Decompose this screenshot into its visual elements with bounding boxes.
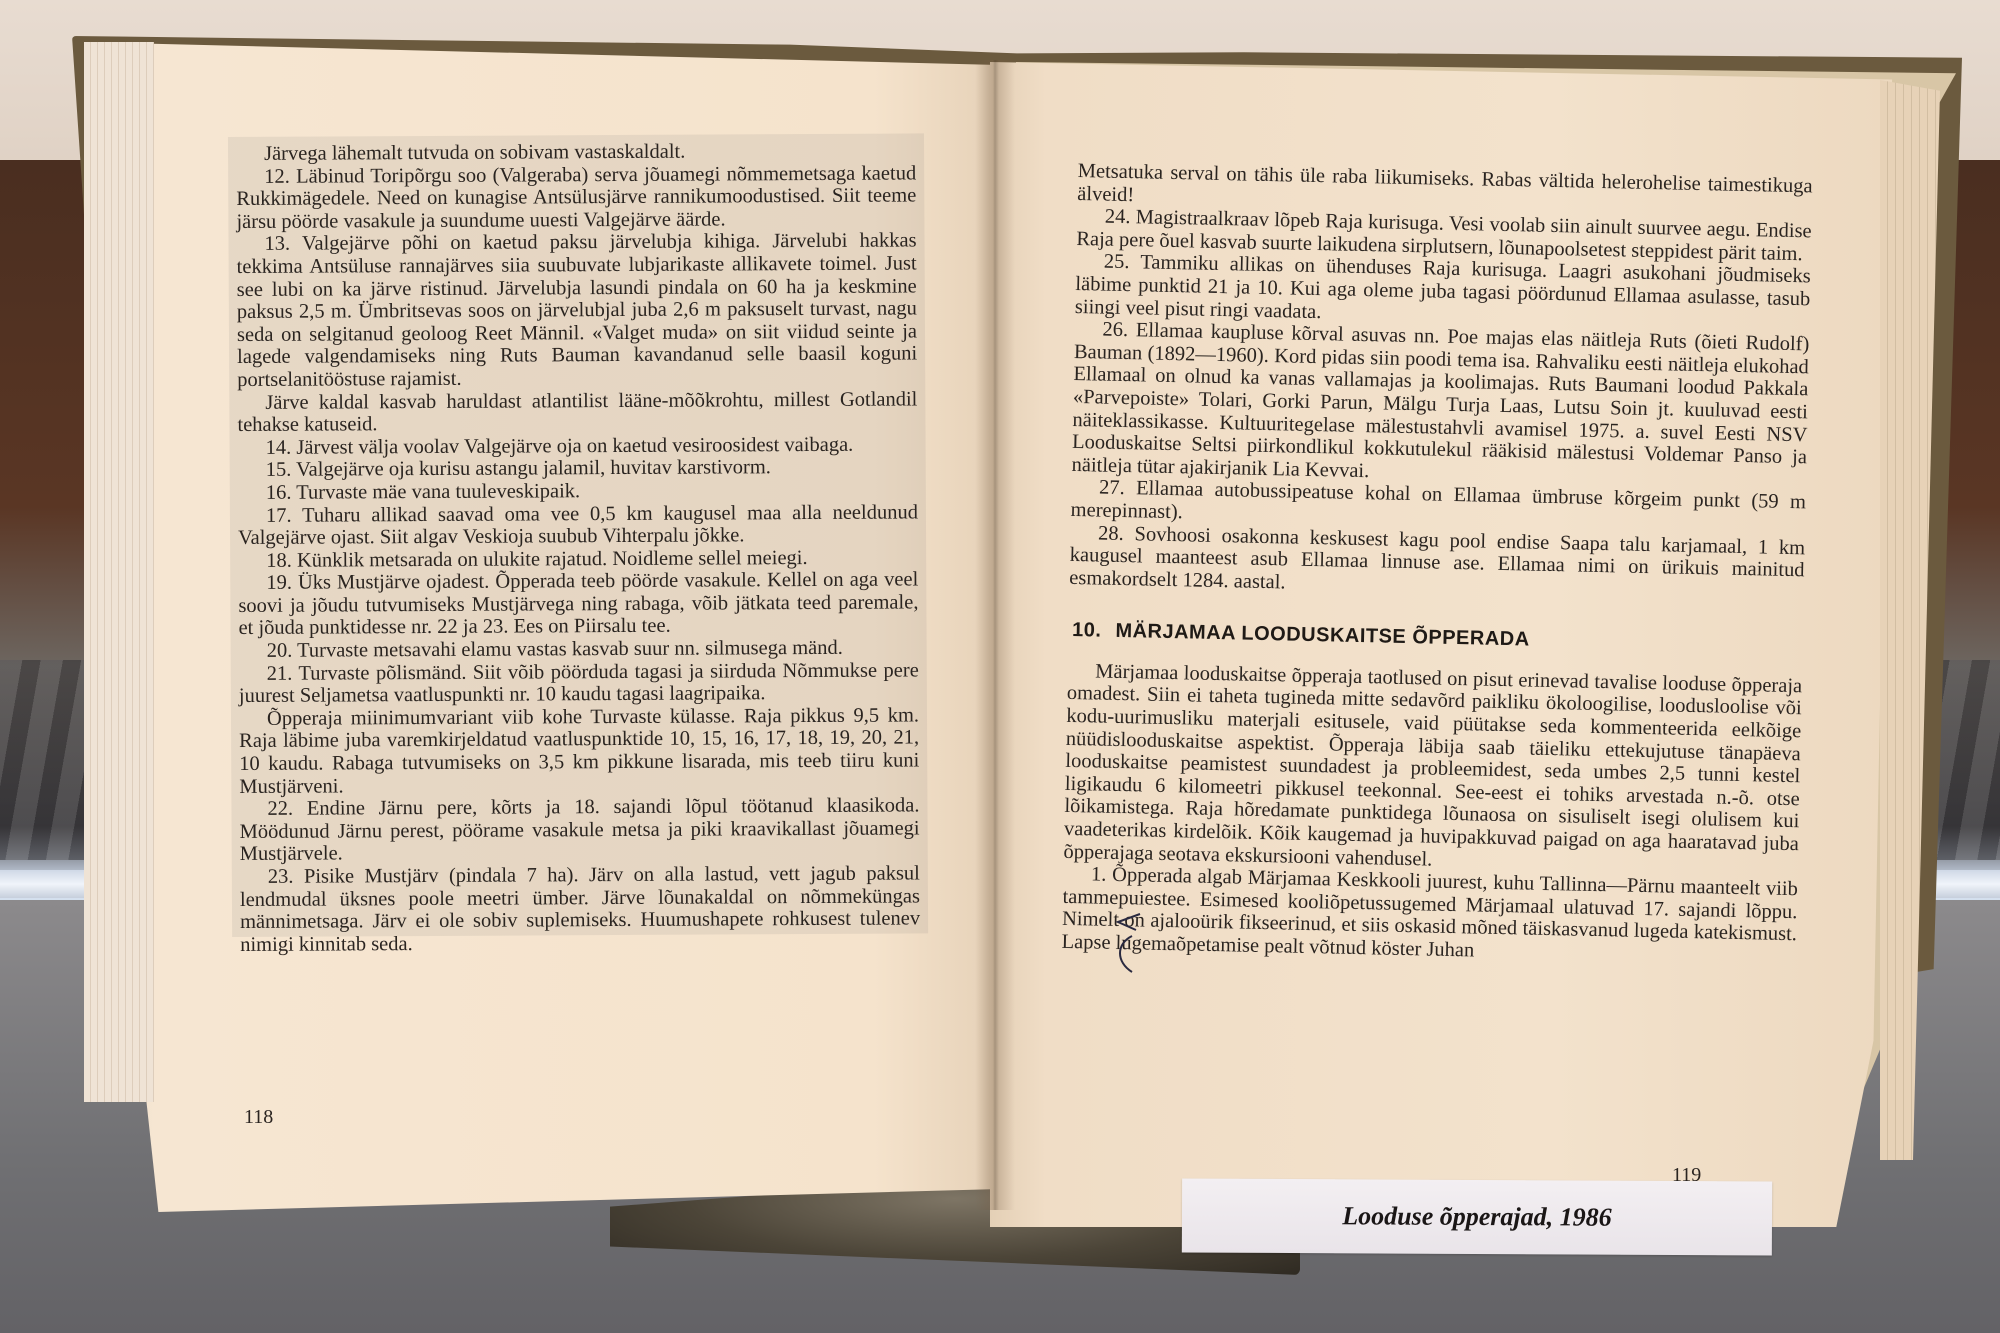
paragraph: 13. Valgejärve põhi on kaetud paksu järv…: [236, 230, 917, 392]
paragraph: 14. Järvest välja voolav Valgejärve oja …: [238, 433, 918, 459]
book-gutter: [975, 60, 1015, 1210]
section-paragraphs: Märjamaa looduskaitse õpperaja taotlused…: [1061, 660, 1802, 969]
paragraph: 19. Üks Mustjärve ojadest. Õpperada teeb…: [238, 569, 918, 640]
section-number: 10.: [1072, 619, 1102, 642]
paragraph: 28. Sovhoosi osakonna keskusest kagu poo…: [1069, 521, 1805, 604]
paragraph: Märjamaa looduskaitse õpperaja taotlused…: [1063, 660, 1802, 879]
paragraph: 20. Turvaste metsavahi elamu vastas kasv…: [239, 636, 919, 662]
paragraph: Järve kaldal kasvab haruldast atlantilis…: [237, 388, 917, 437]
section-title: MÄRJAMAA LOODUSKAITSE ÕPPERADA: [1115, 620, 1530, 651]
left-page-text: Järvega lähemalt tutvuda on sobivam vast…: [236, 139, 920, 956]
paragraph: 12. Läbinud Toripõrgu soo (Valgeraba) se…: [236, 162, 916, 233]
right-page-text: Metsatuka serval on tähis üle raba liiku…: [1061, 160, 1812, 969]
page-number-left: 118: [244, 1106, 273, 1129]
paragraph: 22. Endine Järnu pere, kõrts ja 18. saja…: [239, 795, 919, 866]
left-page-paragraphs: Järvega lähemalt tutvuda on sobivam vast…: [236, 139, 920, 956]
paragraph: Õpperaja miinimumvariant viib kohe Turva…: [239, 704, 919, 798]
exhibit-caption-label: Looduse õpperajad, 1986: [1182, 1178, 1772, 1255]
right-page-paragraphs: Metsatuka serval on tähis üle raba liiku…: [1069, 160, 1813, 605]
left-page-stack: [84, 42, 154, 1102]
caption-text: Looduse õpperajad, 1986: [1342, 1201, 1612, 1232]
section-heading: 10.MÄRJAMAA LOODUSKAITSE ÕPPERADA: [1072, 619, 1803, 657]
paragraph: 21. Turvaste põlismänd. Siit võib pöördu…: [239, 659, 919, 708]
paragraph: 26. Ellamaa kaupluse kõrval asuvas nn. P…: [1071, 318, 1809, 492]
paragraph: 23. Pisike Mustjärv (pindala 7 ha). Järv…: [240, 862, 920, 956]
pen-annotation-icon: [1110, 910, 1150, 990]
paragraph: 17. Tuharu allikad saavad oma vee 0,5 km…: [238, 501, 918, 550]
paragraph: 1. Õpperada algab Märjamaa Keskkooli juu…: [1061, 863, 1798, 969]
